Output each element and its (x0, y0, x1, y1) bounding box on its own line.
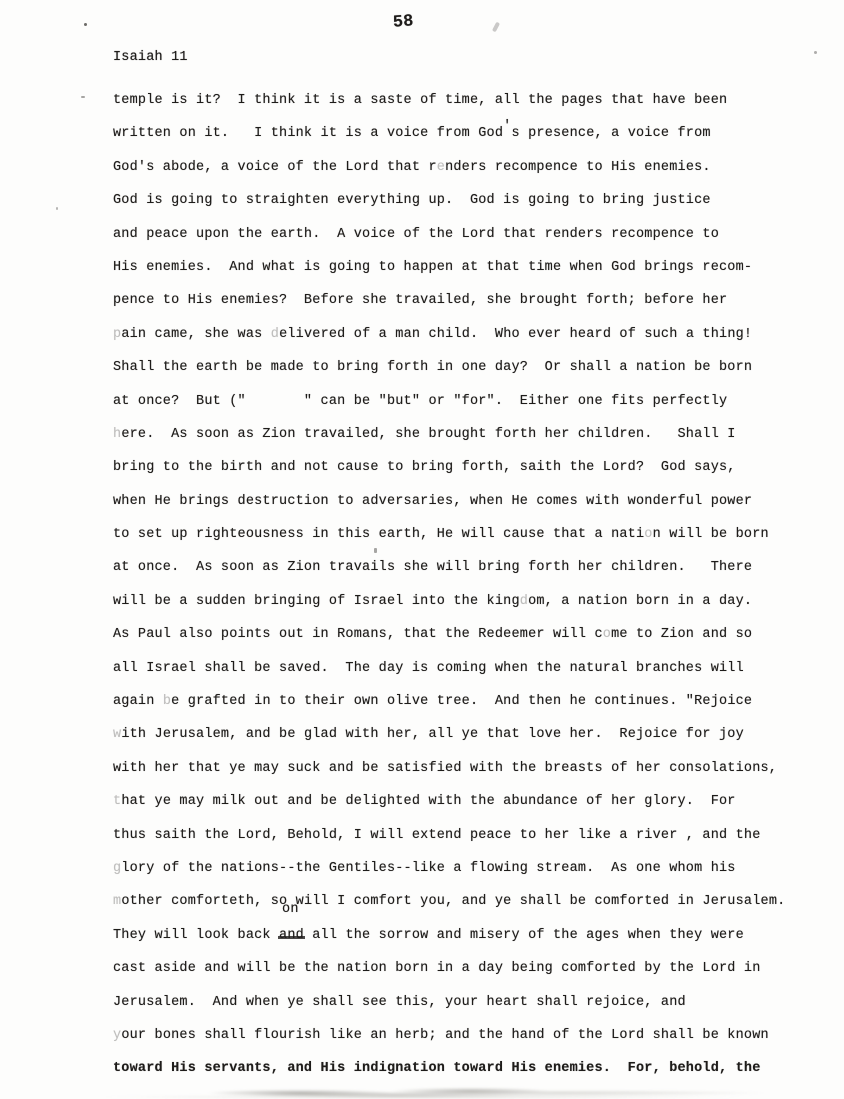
text-line: glory of the nations--the Gentiles--like… (113, 852, 813, 885)
text-segment: h (113, 427, 121, 442)
text-segment: at once? But (" " can be "but" or "for".… (113, 394, 727, 409)
text-line: and peace upon the earth. A voice of the… (113, 218, 813, 251)
text-line: pence to His enemies? Before she travail… (113, 284, 813, 317)
text-segment: toward His servants, and His indignation… (113, 1061, 761, 1076)
text-segment: will be a sudden bringing of Israel into… (113, 594, 520, 609)
text-line: when He brings destruction to adversarie… (113, 485, 813, 518)
text-line: at once? But (" " can be "but" or "for".… (113, 385, 813, 418)
text-segment: g (113, 861, 121, 876)
text-segment: om, a nation born in a day. (528, 594, 752, 609)
text-segment: Shall the earth be made to bring forth i… (113, 360, 752, 375)
scan-speck (492, 22, 500, 33)
text-line: cast aside and will be the nation born i… (113, 952, 813, 985)
text-segment: e grafted in to their own olive tree. An… (171, 694, 752, 709)
text-segment: m (113, 894, 121, 909)
document-lines: temple is it? I think it is a saste of t… (113, 84, 813, 1086)
text-segment: at once. As soon as Zion travails she wi… (113, 560, 752, 575)
corrected-word: onand (279, 919, 304, 952)
text-segment: p (113, 327, 121, 342)
text-segment: b (163, 694, 171, 709)
text-line: God's abode, a voice of the Lord that re… (113, 151, 813, 184)
text-line: at once. As soon as Zion travails she wi… (113, 551, 813, 584)
text-segment: bring to the birth and not cause to brin… (113, 460, 736, 475)
text-line: bring to the birth and not cause to brin… (113, 451, 813, 484)
text-segment: elivered of a man child. Who ever heard … (279, 327, 752, 342)
text-segment: t (113, 794, 121, 809)
text-segment: lory of the nations--the Gentiles--like … (121, 861, 735, 876)
text-segment: ere. As soon as Zion travailed, she brou… (121, 427, 735, 442)
text-segment: As Paul also points out in Romans, that … (113, 627, 603, 642)
text-segment: They will look back (113, 928, 279, 943)
page-title: Isaiah 11 (113, 50, 188, 65)
text-segment: n will be born (653, 527, 769, 542)
text-segment: written on it. I think it is a voice fro… (113, 126, 503, 141)
text-line: here. As soon as Zion travailed, she bro… (113, 418, 813, 451)
text-segment: d (271, 327, 279, 342)
text-line: written on it. I think it is a voice fro… (113, 117, 813, 150)
text-segment: nders recompence to His enemies. (445, 160, 711, 175)
text-line: Shall the earth be made to bring forth i… (113, 351, 813, 384)
text-line: They will look back onand all the sorrow… (113, 919, 813, 952)
text-line: temple is it? I think it is a saste of t… (113, 84, 813, 117)
scan-speck (84, 23, 87, 26)
text-segment: God's abode, a voice of the Lord that r (113, 160, 437, 175)
text-segment: d (520, 594, 528, 609)
scan-speck (814, 51, 817, 54)
text-line: thus saith the Lord, Behold, I will exte… (113, 819, 813, 852)
text-segment: cast aside and will be the nation born i… (113, 961, 761, 976)
text-segment: other comforteth, so will I comfort you,… (121, 894, 785, 909)
text-segment: His enemies. And what is going to happen… (113, 260, 752, 275)
text-segment: when He brings destruction to adversarie… (113, 494, 752, 509)
text-segment: hat ye may milk out and be delighted wit… (121, 794, 735, 809)
inserted-correction: on (282, 903, 299, 917)
text-line: that ye may milk out and be delighted wi… (113, 785, 813, 818)
page-number: 58 (392, 12, 414, 32)
text-segment: me to Zion and so (611, 627, 752, 642)
text-line: with her that ye may suck and be satisfi… (113, 752, 813, 785)
text-segment: all the sorrow and misery of the ages wh… (304, 928, 744, 943)
text-segment: with her that ye may suck and be satisfi… (113, 761, 777, 776)
text-line: with Jerusalem, and be glad with her, al… (113, 718, 813, 751)
text-segment: o (644, 527, 652, 542)
text-line: again be grafted in to their own olive t… (113, 685, 813, 718)
text-line: mother comforteth, so will I comfort you… (113, 885, 813, 918)
text-line: will be a sudden bringing of Israel into… (113, 585, 813, 618)
text-segment: s presence, a voice from (511, 126, 710, 141)
text-segment: e (437, 160, 445, 175)
text-line: pain came, she was delivered of a man ch… (113, 318, 813, 351)
text-segment: ith Jerusalem, and be glad with her, all… (121, 727, 744, 742)
text-segment: temple is it? I think it is a saste of t… (113, 93, 727, 108)
text-line: As Paul also points out in Romans, that … (113, 618, 813, 651)
text-segment: y (113, 1028, 121, 1043)
text-segment: thus saith the Lord, Behold, I will exte… (113, 828, 761, 843)
text-segment: ' (503, 110, 511, 143)
text-segment: pence to His enemies? Before she travail… (113, 293, 727, 308)
text-line: to set up righteousness in this earth, H… (113, 518, 813, 551)
text-line: God is going to straighten everything up… (113, 184, 813, 217)
text-segment: to set up righteousness in this earth, H… (113, 527, 644, 542)
scanned-page: 58 Isaiah 11 temple is it? I think it is… (0, 0, 844, 1099)
text-line: His enemies. And what is going to happen… (113, 251, 813, 284)
scan-smudge (0, 1081, 844, 1099)
text-segment: Jerusalem. And when ye shall see this, y… (113, 995, 686, 1010)
text-segment: and peace upon the earth. A voice of the… (113, 227, 719, 242)
text-segment: all Israel shall be saved. The day is co… (113, 661, 744, 676)
text-segment: God is going to straighten everything up… (113, 193, 711, 208)
text-segment: ain came, she was (121, 327, 270, 342)
text-segment: w (113, 727, 121, 742)
scan-speck (81, 96, 85, 98)
scan-speck (374, 548, 377, 553)
text-segment: our bones shall flourish like an herb; a… (121, 1028, 769, 1043)
text-segment: again (113, 694, 163, 709)
text-segment: and (279, 919, 304, 952)
text-line: all Israel shall be saved. The day is co… (113, 652, 813, 685)
text-line: your bones shall flourish like an herb; … (113, 1019, 813, 1052)
text-segment: o (603, 627, 611, 642)
scan-speck (56, 207, 58, 210)
text-line: Jerusalem. And when ye shall see this, y… (113, 986, 813, 1019)
